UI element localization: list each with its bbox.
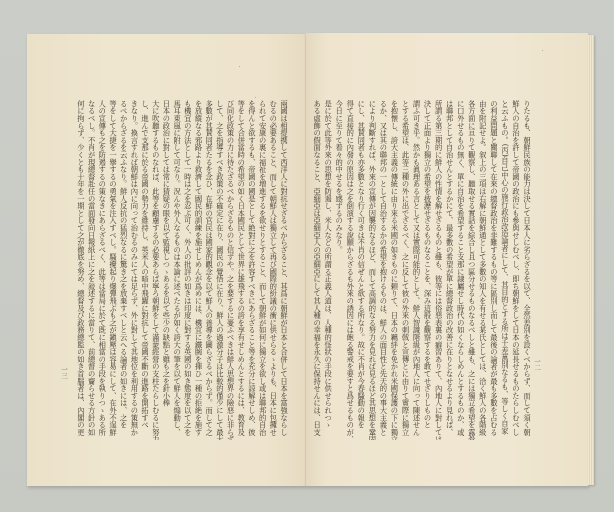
text-column: なるべし。不肖が現總督赴任の當面發向日報紙上に之を敍述するに當りて、前總督の齎ら…	[86, 100, 97, 440]
text-column: 人の宣傳も之を防遏するの策なきにあらざるべく、此等は當局に於て既に相當の手段を執…	[97, 100, 108, 440]
text-column: ある虛飾の假面なること、亞細亞は亞細亞人の亞細亞にして其人種の幸福を永久に保持せ…	[312, 100, 323, 440]
text-column: と云ふもの。(丙)自己中心の施行政治改造論者にして、其目的とする所は千差萬別なる…	[500, 100, 511, 440]
paper-speck	[255, 97, 256, 98]
paper-speck	[542, 50, 543, 51]
text-column: 大に吹聽するものなれば、此等を顧慮するの必要あらば寧ろ朝鮮をして滿蒙經營の支柱た…	[150, 100, 161, 440]
left-page: 兩國は相提携して西洋人に對抗せざるべからざること、其爲に朝鮮が日本と合併して日本…	[27, 34, 306, 486]
text-column: むるの必要あること、而して朝鮮人は獨立して再び國際的紛議の衝に供せらるゝよりも、…	[268, 100, 279, 440]
text-column: 由を附記せよ。叙上の三項は右解に朝鮮通として多數の知人を有せる某氏としては、洽く…	[478, 100, 489, 440]
text-column: し、進んで支那に於る帝國の勢力を維持し、英米人の暗中飛躍に對抗して帝國不斷の進路…	[139, 100, 150, 440]
right-page-text-block: りたるも、朝鮮民族の能力は決して日本人に劣らざるを以て、全然差別を設くべからず、…	[312, 100, 533, 440]
text-column: りたるも、朝鮮民族の能力は決して日本人に劣らざるを以て、全然差別を設くべからず、…	[522, 100, 533, 440]
text-column: 得て直接的に內發の原因は之を倒演する說願からざるも外來の誘因には飽る警戒を要すと…	[345, 100, 356, 440]
text-column: 何に拘らず、少くとも十年を一期として之が徹底を努め、總督及び政務總監の如き首腦者…	[75, 100, 86, 440]
text-column: られて安康の裏に福祉を増進するを欲せりとすること、而して朝鮮が如何に獨立を欲し或…	[257, 100, 268, 440]
text-column: を得んと欲するも、帝國の國是として絶對に之を許容すべきにあらざること等を充分に諒…	[246, 100, 257, 440]
left-page-text-block: 兩國は相提携して西洋人に對抗せざるべからざること、其爲に朝鮮が日本と合併して日本…	[75, 100, 289, 440]
text-column: に口外せるもの無く、單に自治を希望すること支那に隷屬せし時代の如くならしめんとす…	[456, 100, 467, 440]
text-column: 兩國は相提携して西洋人に對抗せざるべからざること、其爲に朝鮮が日本と合併して日本…	[278, 100, 289, 440]
text-column: の利益問題と關聯して在來の總督政治を非難するもの等に區別し而して最後の論者が最も…	[489, 100, 500, 440]
text-column: にし、其賛同者も亦多數となり行く可きは不肖の信ぜんと欲する所なり。故に不肖が今春…	[356, 100, 367, 440]
text-column: により判斷すれば、外來の宣傳が因襲的なるほど、而して高調的なる努力を見れば見るほ…	[367, 100, 378, 440]
text-column: 日本の政治に對しては常に猜疑の眼を以て監視しつゝあるを以て些少の缺點と雖も之を針…	[161, 100, 172, 440]
text-column: とする希望は、此等三種の外に出でざるべく、之に反して彼の外來の刺戟と宣傳とに由り…	[400, 100, 411, 440]
text-column: 等をして大捷を一擧するの勇氣を注入すべし。騷擾起り爆彈飛ぶも之が鎭壓は容易にして…	[107, 100, 118, 440]
text-column: 各方面に亘りて觀察し、聽取せる實話を綜合し且つ區分せるものなるべしと雖も、之には…	[467, 100, 478, 440]
right-page: りたるも、朝鮮民族の能力は決して日本人に劣らざるを以て、全然差別を設くべからず、…	[306, 33, 588, 486]
text-column: 鮮人の自治を許して帝國の政治にも參與せしむべし、即ち朝鮮をして日本の延長せるもの…	[511, 100, 522, 440]
text-column: も機宜の方法として一時は之を忍ぶ可く、外人の批評の如きは印度に對する英國の如き態…	[182, 100, 193, 440]
text-column: を放縱なる邪路より救濟して國民的訓練を施せしめんが爲めには、機宜に鐵腕を揮ひ一種…	[193, 100, 204, 440]
text-column: るべからざるを云ふなり。鮮人反抗の猛烈なるに驚き之を放棄すべしと云へる論者の如き…	[118, 100, 129, 440]
text-column: るか、又は其の聯邦の一として自治するかの希望を抱けるものは、鮮人の面目性と先天的…	[378, 100, 389, 440]
text-column: 所謂る第三期的に鮮人の性情を解せざるものと雖も、彼等には俗惡表裏の癖習ありて、內…	[434, 100, 445, 440]
text-column: 今日に至りて着々的中せるを感ずるのみなり。	[334, 100, 345, 440]
text-column: きなり。換言すれば朝鮮は內に向って治むるのみにては足らず、外に對して其地位を利用…	[129, 100, 140, 440]
text-column: 馬耳東風に附して可なり。況んや外人なるものは本論に述べたるが如く誇大の筆を以て鮮…	[171, 100, 182, 440]
text-column: は聯邦として自治せんとするかにて、最多數の希望が單に總督政治の改善に在りとなせる…	[445, 100, 456, 440]
paper-speck	[239, 66, 240, 67]
left-page-number: 一三	[60, 366, 68, 379]
text-column: 多數が其賛同者たるを念ひ、在鮮の官民は國家的觀念を以て鮮人の善導を圖らざるべから…	[204, 100, 215, 440]
text-column: び同化政策の力に待たざるべからざるものと信ずや。之を要するに憂ふべきは鮮人思想界…	[225, 100, 236, 440]
text-column: 是に於て此等外來の思想を防遏し、米人などの所謂る正義人道は、人種的怪狀の手段に供…	[323, 100, 334, 440]
text-column: 等をして合併當時の希望の如く日本國民として世界に雄飛するの誇を享有せしめんとする…	[236, 100, 247, 440]
page-edges	[588, 35, 594, 485]
text-column: 決して正面より獨立の希望を披瀝せざるものなることを、深み這般を觀察するを敢てせざ…	[423, 100, 434, 440]
text-column: 謂ふ可き乎。然かも眞理ある言として又は實際可能的として、鮮人智識階級が內地人に向…	[411, 100, 422, 440]
text-column: を抱懐し、誇大主義の傳統に由り來る米國の如きものに頼りて、日本の羈絆を免かれ米國…	[389, 100, 400, 440]
scanned-book-spread: 兩國は相提携して西洋人に對抗せざるべからざること、其爲に朝鮮が日本と合併して日本…	[0, 0, 614, 512]
text-column: して、之を指導すべき政策の不確定に在り、國民の覺悟に在り、鮮人の過激分子は比較的…	[214, 100, 225, 440]
right-page-number: 一二	[533, 358, 541, 371]
